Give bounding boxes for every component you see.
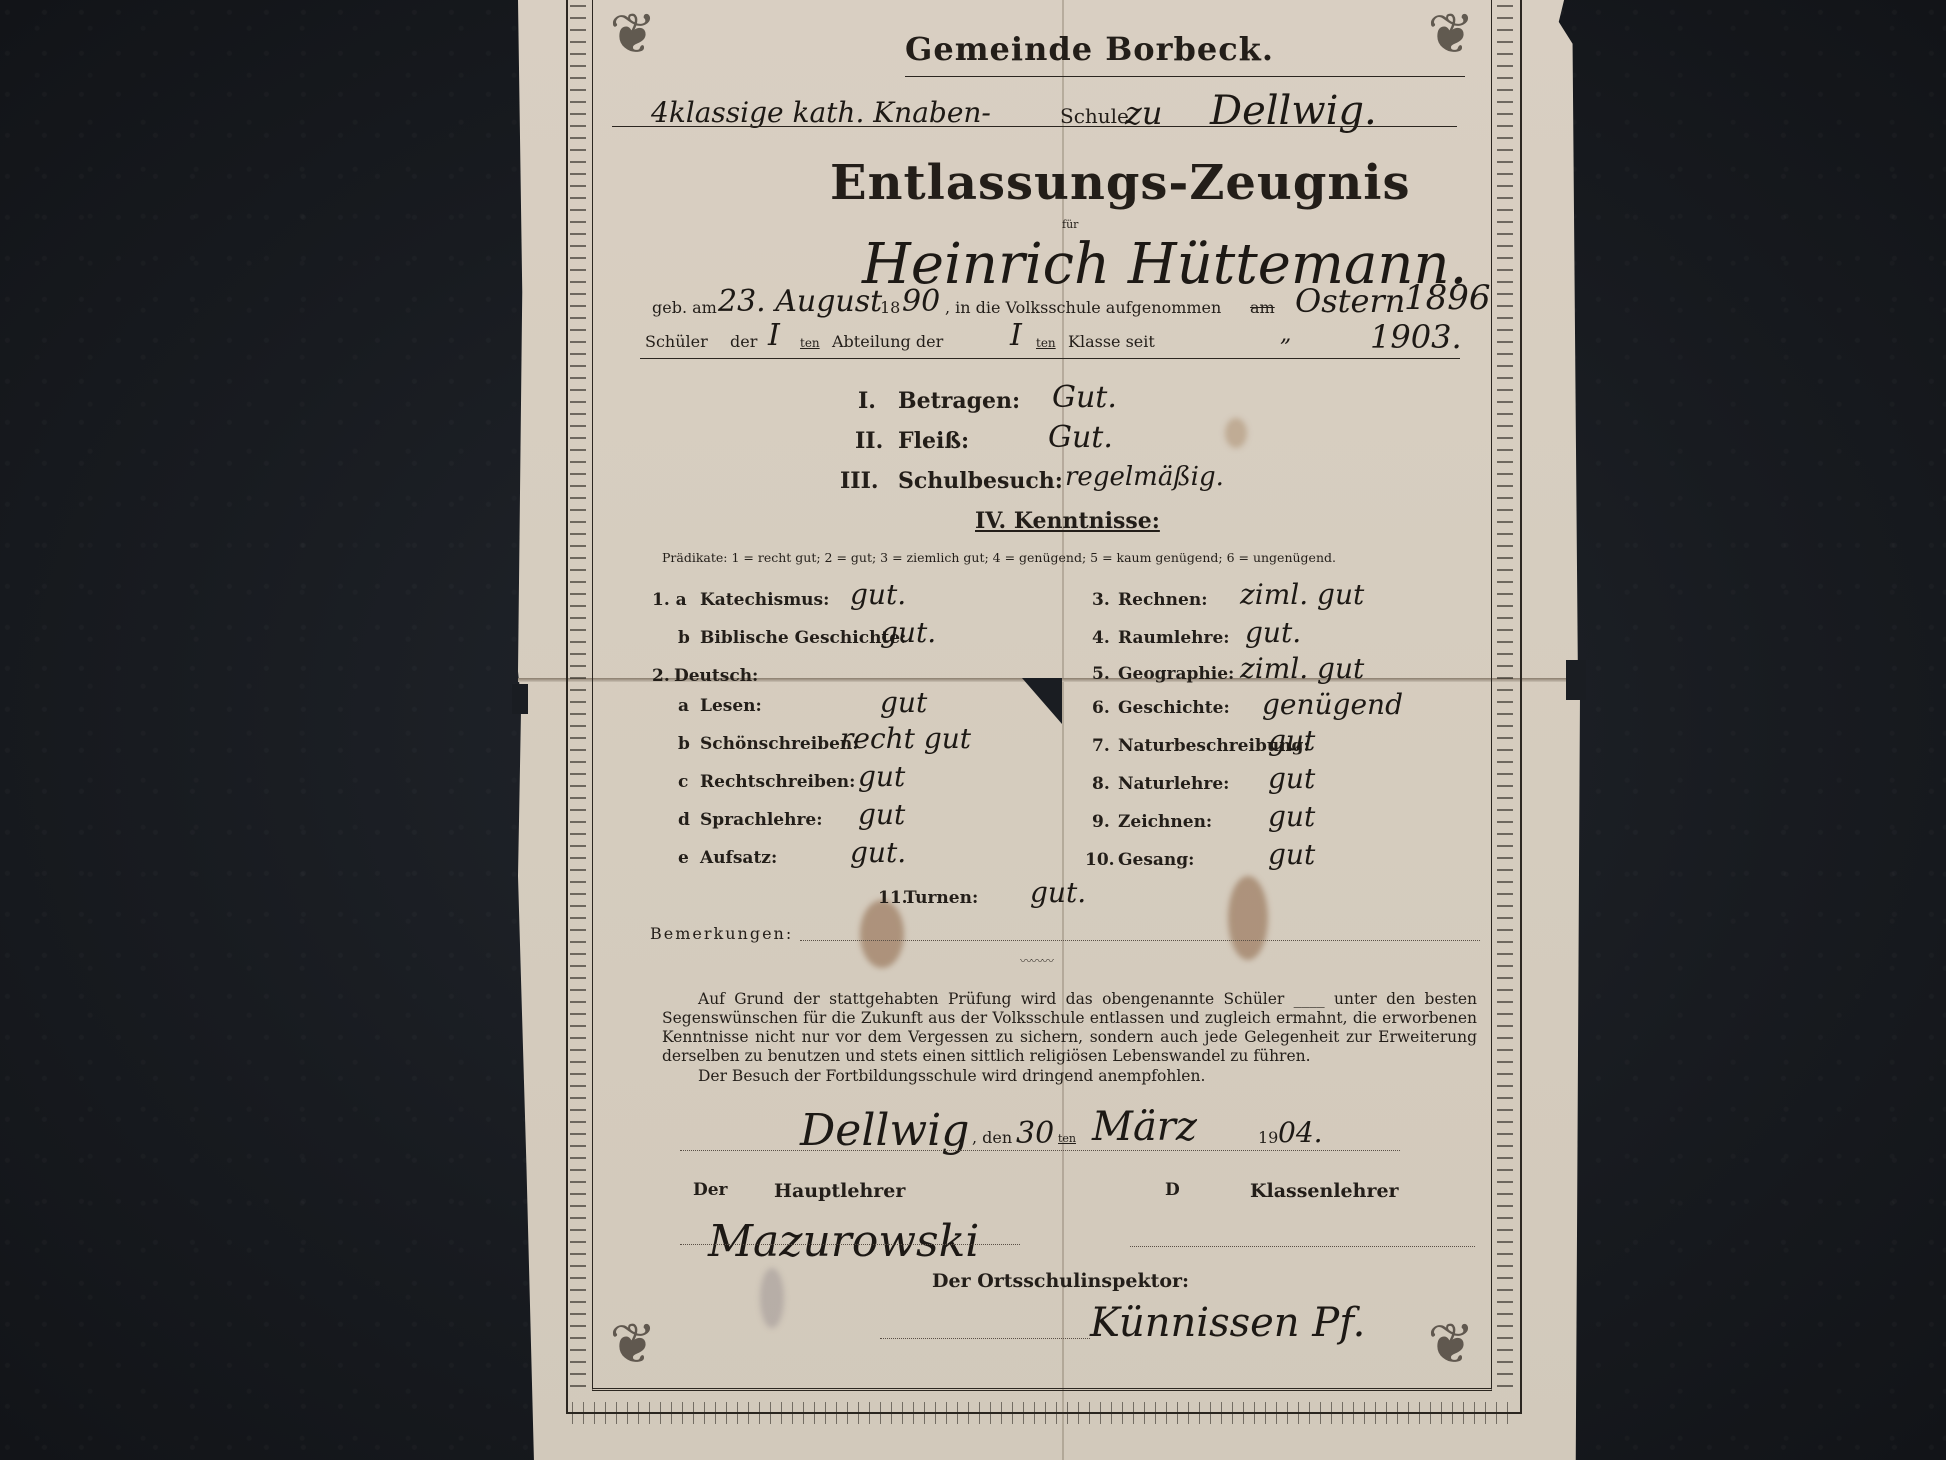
subject-grade: gut. xyxy=(1030,876,1086,909)
head-teacher-signature: Mazurowski xyxy=(708,1216,979,1267)
subject-label: Sprachlehre: xyxy=(700,810,823,830)
date-line xyxy=(680,1150,1400,1151)
diligence-value: Gut. xyxy=(1048,420,1113,455)
attendance-numeral: III. xyxy=(840,468,879,494)
subject-label: Lesen: xyxy=(700,696,762,716)
subject-label: Rechnen: xyxy=(1118,590,1207,610)
subject-grade: gut xyxy=(880,686,927,719)
subject-num: b xyxy=(678,734,690,754)
subject-num: 1. a xyxy=(652,590,687,610)
tear-edge xyxy=(512,684,528,714)
rule xyxy=(612,126,1457,127)
signature-line xyxy=(1130,1246,1475,1247)
admitted-label: , in die Volksschule aufgenommen xyxy=(945,298,1221,317)
diligence-label: Fleiß: xyxy=(898,428,969,454)
subject-grade: gut. xyxy=(850,578,906,611)
subject-label: Biblische Geschichte: xyxy=(700,628,906,648)
class-teacher-label: Klassenlehrer xyxy=(1250,1180,1399,1202)
subject-grade: gut. xyxy=(880,616,936,649)
subject-label: Naturlehre: xyxy=(1118,774,1229,794)
border-ornament-bottom xyxy=(572,1402,1512,1424)
continuation-recommendation: Der Besuch der Fortbildungsschule wird d… xyxy=(698,1067,1205,1085)
subject-grade: ziml. gut xyxy=(1240,652,1364,685)
subject-grade: gut xyxy=(858,798,905,831)
subject-label: Raumlehre: xyxy=(1118,628,1230,648)
subject-label: Geographie: xyxy=(1118,664,1234,684)
remarks-line xyxy=(800,940,1480,941)
since-year: 1903. xyxy=(1370,318,1462,356)
corner-ornament-icon: ❦ xyxy=(598,0,668,70)
head-teacher-label: Hauptlehrer xyxy=(774,1180,905,1202)
subject-grade: recht gut xyxy=(840,722,971,755)
subject-label: Zeichnen: xyxy=(1118,812,1212,832)
admitted-when: Ostern xyxy=(1295,282,1405,320)
head-teacher-prefix: Der xyxy=(693,1180,728,1200)
subject-num: e xyxy=(678,848,689,868)
rule xyxy=(640,358,1460,359)
tear-edge xyxy=(1566,660,1586,700)
der-label: der xyxy=(730,332,757,351)
attendance-label: Schulbesuch: xyxy=(898,468,1063,494)
community-heading: Gemeinde Borbeck. xyxy=(905,30,1274,68)
division-number: I xyxy=(768,318,780,353)
subject-grade: gut xyxy=(1268,762,1315,795)
born-label: geb. am xyxy=(652,298,717,317)
subject-label: Aufsatz: xyxy=(700,848,777,868)
inspector-label: Der Ortsschulinspektor: xyxy=(932,1270,1189,1292)
subject-num: 6. xyxy=(1092,698,1110,718)
border-ornament-right xyxy=(1497,0,1513,1395)
grading-scale: Prädikate: 1 = recht gut; 2 = gut; 3 = z… xyxy=(662,550,1336,565)
knowledge-heading: IV. Kenntnisse: xyxy=(975,508,1160,534)
ten-suffix: ten xyxy=(1036,336,1056,350)
year-prefix: 18 xyxy=(880,298,900,317)
date-day: 30 xyxy=(1016,1116,1054,1151)
remarks-label: Bemerkungen: xyxy=(650,924,793,943)
date-year: 04. xyxy=(1278,1116,1323,1149)
subject-grade: gut xyxy=(1268,800,1315,833)
school-type-handwritten: 4klassige kath. Knaben- xyxy=(651,96,991,129)
subject-num: 8. xyxy=(1092,774,1110,794)
subject-num: 9. xyxy=(1092,812,1110,832)
date-year-prefix: 19 xyxy=(1258,1128,1278,1147)
attendance-value: regelmäßig. xyxy=(1065,462,1224,492)
conduct-value: Gut. xyxy=(1052,380,1117,415)
pupil-label: Schüler xyxy=(645,332,708,351)
class-label: Klasse seit xyxy=(1068,332,1155,351)
subject-num: c xyxy=(678,772,688,792)
certificate-title: Entlassungs-Zeugnis xyxy=(830,155,1411,211)
signature-line xyxy=(680,1244,1020,1245)
divider-flourish: 〰〰〰 xyxy=(1020,952,1053,969)
ten-suffix: ten xyxy=(800,336,820,350)
class-number: I xyxy=(1010,318,1022,353)
date-place: Dellwig xyxy=(800,1105,969,1156)
subject-label: Rechtschreiben: xyxy=(700,772,855,792)
school-label: Schule xyxy=(1060,104,1129,128)
division-label: Abteilung der xyxy=(832,332,943,351)
since-mark: „ xyxy=(1280,322,1291,347)
conduct-label: Betragen: xyxy=(898,388,1020,414)
birth-date: 23. August xyxy=(718,284,882,319)
rule xyxy=(905,76,1465,77)
subject-num: 7. xyxy=(1092,736,1110,756)
subject-num: b xyxy=(678,628,690,648)
diligence-numeral: II. xyxy=(855,428,883,454)
subject-num: a xyxy=(678,696,689,716)
subject-num: 5. xyxy=(1092,664,1110,684)
subject-num: 4. xyxy=(1092,628,1110,648)
subject-num: 10. xyxy=(1085,850,1115,870)
subject-num: 3. xyxy=(1092,590,1110,610)
corner-ornament-icon: ❦ xyxy=(1416,1310,1486,1380)
subject-grade: gut xyxy=(1268,838,1315,871)
subject-num: d xyxy=(678,810,690,830)
border-ornament-left xyxy=(570,0,586,1395)
den-label: , den xyxy=(972,1128,1012,1147)
subject-grade: gut xyxy=(1268,724,1315,757)
subject-label: Turnen: xyxy=(904,888,978,908)
subject-label: Geschichte: xyxy=(1118,698,1230,718)
date-month: März xyxy=(1092,1104,1197,1150)
for-label: für xyxy=(1062,218,1078,231)
corner-ornament-icon: ❦ xyxy=(598,1310,668,1380)
subject-grade: gut. xyxy=(850,836,906,869)
admitted-year: 1896 xyxy=(1404,278,1491,318)
subject-grade: ziml. gut xyxy=(1240,578,1364,611)
conduct-numeral: I. xyxy=(858,388,876,414)
inspector-signature: Künnissen Pf. xyxy=(1090,1300,1365,1346)
subject-grade: gut xyxy=(858,760,905,793)
birth-year: 90 xyxy=(902,284,940,319)
admitted-struck: am xyxy=(1250,298,1275,317)
subject-grade: genügend xyxy=(1262,688,1403,721)
school-place: Dellwig. xyxy=(1210,88,1377,134)
subject-num: 2. xyxy=(652,666,670,686)
subject-label: Schönschreiben: xyxy=(700,734,859,754)
subject-label: Gesang: xyxy=(1118,850,1194,870)
ten-suffix: ten xyxy=(1058,1132,1076,1145)
class-teacher-prefix: D xyxy=(1165,1180,1180,1200)
signature-line xyxy=(880,1338,1090,1339)
subject-label: Katechismus: xyxy=(700,590,829,610)
subject-grade: gut. xyxy=(1245,616,1301,649)
corner-ornament-icon: ❦ xyxy=(1416,0,1486,70)
closing-paragraph: Auf Grund der stattgehabten Prüfung wird… xyxy=(662,990,1477,1066)
subject-label: Deutsch: xyxy=(674,666,758,686)
